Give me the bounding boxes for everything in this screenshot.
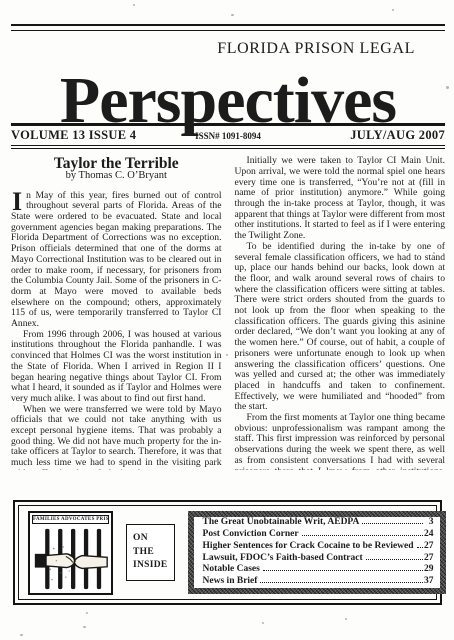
handshake-through-bars-icon xyxy=(34,528,108,590)
toc-entry-title: Notable Cases xyxy=(203,564,260,576)
article-paragraph: In May of this year, fires burned out of… xyxy=(11,191,222,330)
masthead-title: Perspectives xyxy=(11,70,445,133)
label-line: ON xyxy=(133,532,168,546)
scan-speck xyxy=(262,622,264,624)
on-the-inside-panel: FAMILIES ADVOCATES PRISONERS xyxy=(13,500,442,605)
toc-entry: Notable Cases 29 xyxy=(203,564,434,576)
table-of-contents: The Great Unobtainable Writ, AEDPA 3 Pos… xyxy=(194,517,440,588)
toc-entry: News in Brief 37 xyxy=(203,576,434,588)
toc-entry: Post Conviction Corner 24 xyxy=(203,529,434,541)
top-divider-rule xyxy=(11,24,445,31)
scan-speck xyxy=(86,612,88,614)
dot-leader xyxy=(263,570,423,571)
newsletter-front-page: FLORIDA PRISON LEGAL Perspectives VOLUME… xyxy=(0,0,454,640)
article-title: Taylor the Terrible xyxy=(11,159,222,170)
toc-entry-page: 29 xyxy=(424,564,434,576)
scan-speck xyxy=(345,618,347,620)
scan-speck xyxy=(83,626,86,628)
dot-leader xyxy=(260,582,422,583)
toc-entry-page: 37 xyxy=(424,576,434,588)
toc-entry-page: 24 xyxy=(424,529,434,541)
toc-entry-page: 27 xyxy=(424,541,434,553)
toc-entry-page: 27 xyxy=(424,553,434,565)
article-paragraph: From 1996 through 2006, I was housed at … xyxy=(11,330,222,405)
toc-entry-title: The Great Unobtainable Writ, AEDPA xyxy=(203,517,360,529)
toc-entry-page: 3 xyxy=(424,517,434,529)
label-line: INSIDE xyxy=(133,559,168,573)
masthead-header: FLORIDA PRISON LEGAL Perspectives VOLUME… xyxy=(11,24,445,149)
dot-leader xyxy=(302,535,423,536)
toc-entry-title: Lawsuit, FDOC’s Faith-based Contract xyxy=(203,553,363,565)
toc-entry-title: News in Brief xyxy=(203,576,258,588)
scan-speck xyxy=(20,634,23,636)
article-paragraph: From the first moments at Taylor one thi… xyxy=(235,413,446,470)
article-body: Taylor the Terrible by Thomas C. O’Bryan… xyxy=(11,156,445,470)
toc-entry: The Great Unobtainable Writ, AEDPA 3 xyxy=(203,517,434,529)
toc-frame: The Great Unobtainable Writ, AEDPA 3 Pos… xyxy=(188,511,446,594)
masthead-kicker: FLORIDA PRISON LEGAL xyxy=(11,40,445,58)
article-byline: by Thomas C. O’Bryant xyxy=(11,171,222,182)
toc-entry: Lawsuit, FDOC’s Faith-based Contract 27 xyxy=(203,553,434,565)
on-the-inside-panel-inner: FAMILIES ADVOCATES PRISONERS xyxy=(18,505,437,600)
fplp-logo: FAMILIES ADVOCATES PRISONERS xyxy=(28,511,113,595)
label-line: THE xyxy=(133,546,168,560)
left-column: Taylor the Terrible by Thomas C. O’Bryan… xyxy=(11,156,222,470)
handshake-bars-illustration xyxy=(30,525,111,593)
drop-cap: I xyxy=(11,191,26,212)
header-bottom-rule xyxy=(11,145,445,150)
dot-leader xyxy=(417,547,423,548)
right-column: Initially we were taken to Taylor CI Mai… xyxy=(235,156,446,470)
dot-leader xyxy=(362,523,422,524)
scan-speck xyxy=(446,86,449,89)
article-paragraph: To be identified during the in-take by o… xyxy=(235,242,446,413)
dot-leader xyxy=(366,559,423,560)
logo-caption: FAMILIES ADVOCATES PRISONERS xyxy=(32,515,109,524)
on-the-inside-label: ON THE INSIDE xyxy=(126,524,175,581)
toc-entry: Higher Sentences for Crack Cocaine to be… xyxy=(203,541,434,553)
toc-entry-title: Higher Sentences for Crack Cocaine to be… xyxy=(203,541,414,553)
toc-entry-title: Post Conviction Corner xyxy=(203,529,299,541)
article-paragraph: When we were transferred we were told by… xyxy=(11,405,222,471)
article-paragraph: Initially we were taken to Taylor CI Mai… xyxy=(235,156,446,242)
